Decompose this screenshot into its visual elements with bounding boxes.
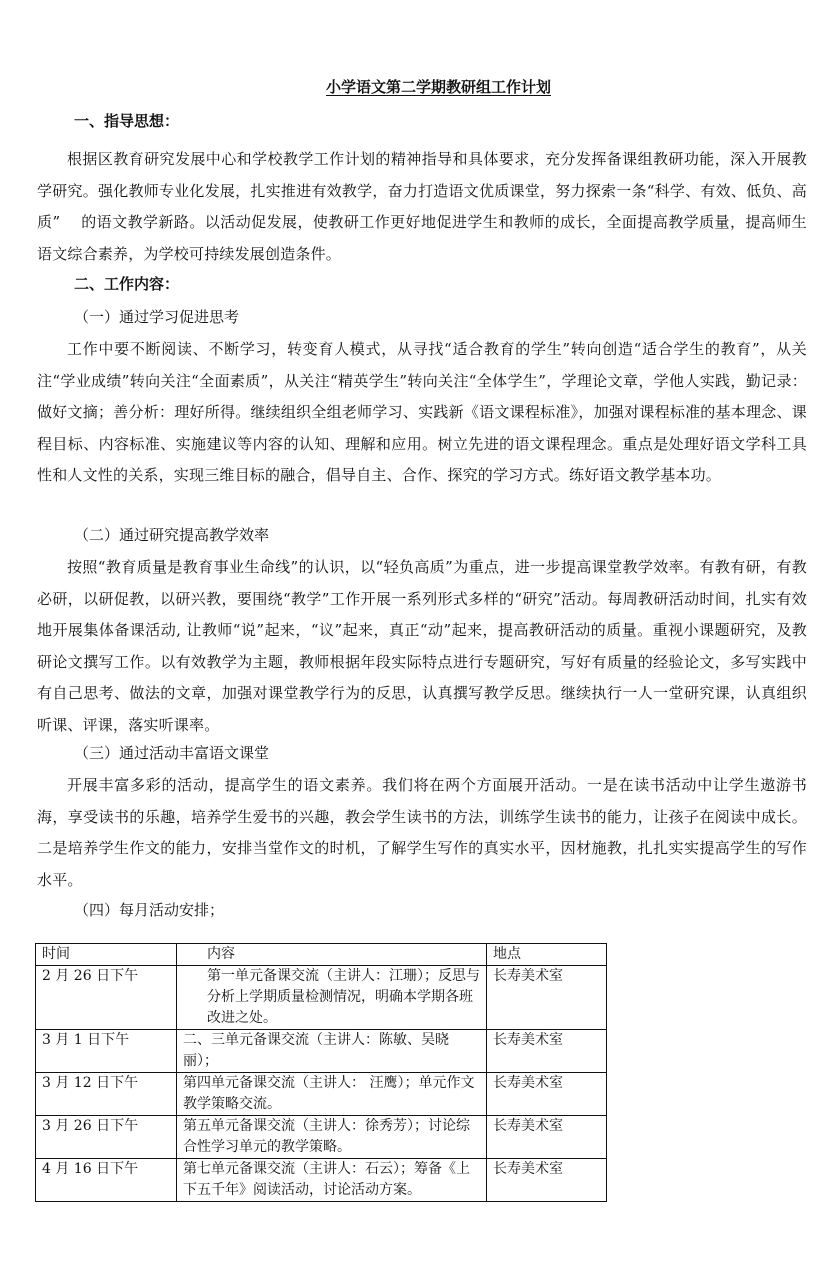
section1-paragraph: 根据区教育研究发展中心和学校教学工作计划的精神指导和具体要求，充分发挥备课组教研… — [37, 144, 807, 270]
header-time: 时间 — [36, 944, 177, 966]
sub1-paragraph: 工作中要不断阅读、不断学习，转变育人模式，从寻找“适合教育的学生”转向创造“适合… — [37, 334, 807, 492]
sub4-heading: （四）每月活动安排； — [74, 899, 224, 920]
header-place: 地点 — [487, 944, 607, 966]
section1-heading: 一、指导思想： — [74, 110, 179, 131]
row-time: 3 月 26 日下午 — [36, 1116, 177, 1159]
sub1-heading: （一）通过学习促进思考 — [74, 306, 239, 327]
document-title: 小学语文第二学期教研组工作计划 — [0, 76, 837, 97]
table-row: 3 月 26 日下午 第五单元备课交流（主讲人：徐秀芳）；讨论综合性学习单元的教… — [36, 1116, 607, 1159]
row-time: 3 月 1 日下午 — [36, 1030, 177, 1073]
sub2-heading: （二）通过研究提高教学效率 — [74, 524, 269, 545]
section2-heading: 二、工作内容： — [74, 273, 179, 294]
row-place: 长寿美术室 — [487, 1030, 607, 1073]
row-place: 长寿美术室 — [487, 1159, 607, 1202]
table-header-row: 时间 内容 地点 — [36, 944, 607, 966]
row-place: 长寿美术室 — [487, 1116, 607, 1159]
schedule-table: 时间 内容 地点 2 月 26 日下午 第一单元备课交流（主讲人：江珊）；反思与… — [35, 943, 607, 1202]
row-content: 第四单元备课交流（主讲人： 汪鹰）；单元作文教学策略交流。 — [177, 1073, 487, 1116]
row-content: 二、三单元备课交流（主讲人：陈敏、吴晓丽）； — [177, 1030, 487, 1073]
header-content: 内容 — [177, 944, 487, 966]
row-content: 第七单元备课交流（主讲人：石云）；筹备《上下五千年》阅读活动，讨论活动方案。 — [177, 1159, 487, 1202]
sub3-paragraph: 开展丰富多彩的活动，提高学生的语文素养。我们将在两个方面展开活动。一是在读书活动… — [37, 770, 807, 896]
table-row: 4 月 16 日下午 第七单元备课交流（主讲人：石云）；筹备《上下五千年》阅读活… — [36, 1159, 607, 1202]
row-time: 3 月 12 日下午 — [36, 1073, 177, 1116]
table-row: 3 月 1 日下午 二、三单元备课交流（主讲人：陈敏、吴晓丽）； 长寿美术室 — [36, 1030, 607, 1073]
row-time: 4 月 16 日下午 — [36, 1159, 177, 1202]
table-row: 3 月 12 日下午 第四单元备课交流（主讲人： 汪鹰）；单元作文教学策略交流。… — [36, 1073, 607, 1116]
row-content: 第五单元备课交流（主讲人：徐秀芳）；讨论综合性学习单元的教学策略。 — [177, 1116, 487, 1159]
document-title-text: 小学语文第二学期教研组工作计划 — [286, 78, 551, 96]
sub3-heading: （三）通过活动丰富语文课堂 — [74, 742, 269, 763]
sub2-paragraph: 按照“教育质量是教育事业生命线”的认识，以“轻负高质”为重点，进一步提高课堂教学… — [37, 552, 807, 741]
row-place: 长寿美术室 — [487, 966, 607, 1030]
table-row: 2 月 26 日下午 第一单元备课交流（主讲人：江珊）；反思与分析上学期质量检测… — [36, 966, 607, 1030]
row-time: 2 月 26 日下午 — [36, 966, 177, 1030]
row-place: 长寿美术室 — [487, 1073, 607, 1116]
row-content: 第一单元备课交流（主讲人：江珊）；反思与分析上学期质量检测情况，明确本学期各班改… — [177, 966, 487, 1030]
